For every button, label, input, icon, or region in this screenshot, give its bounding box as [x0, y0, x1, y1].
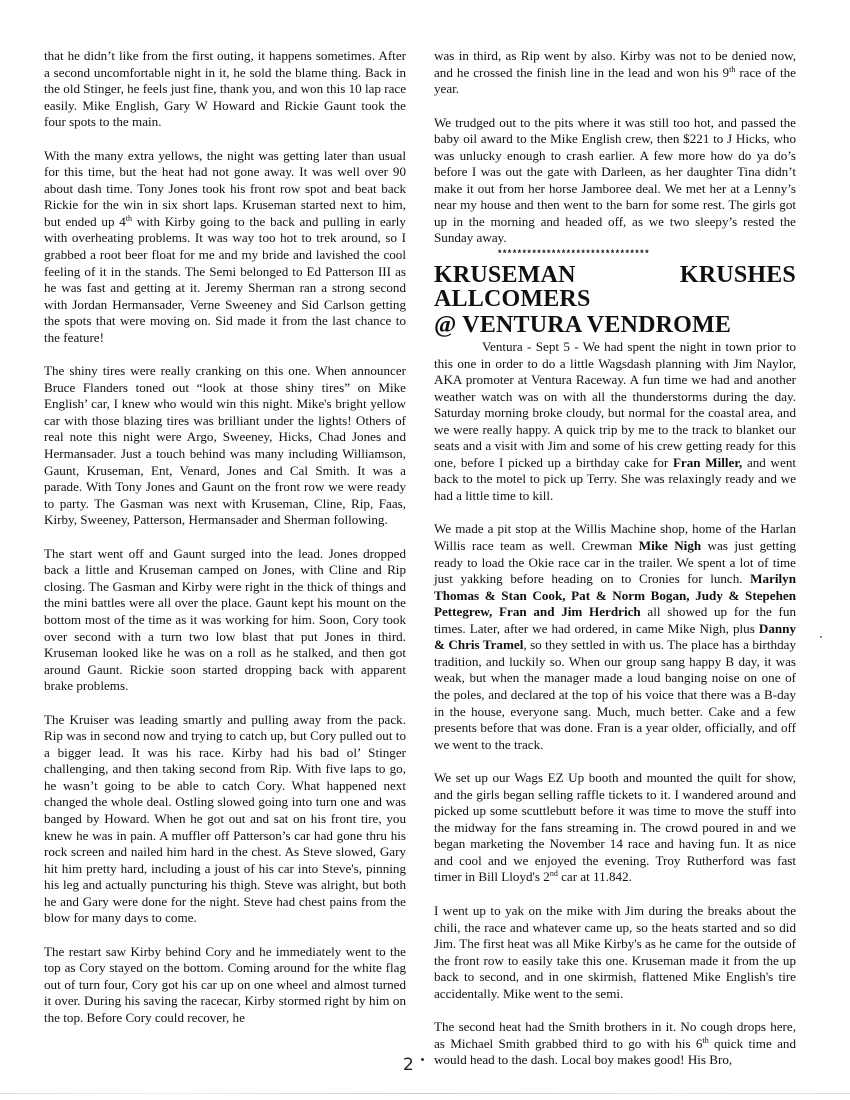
- paragraph-restart: The restart saw Kirby behind Cory and he…: [44, 944, 406, 1027]
- paragraph-dash-and-semi: With the many extra yellows, the night w…: [44, 148, 406, 347]
- paragraph-wags-booth: We set up our Wags EZ Up booth and mount…: [434, 770, 796, 886]
- paragraph-kruiser-leading: The Kruiser was leading smartly and pull…: [44, 712, 406, 927]
- paragraph-willis-machine: We made a pit stop at the Willis Machine…: [434, 521, 796, 753]
- article-headline-line2: @ VENTURA VENDROME: [434, 313, 796, 337]
- scan-speck: [421, 1058, 424, 1061]
- right-column: was in third, as Rip went by also. Kirby…: [434, 48, 796, 1069]
- paragraph-kirby-win: was in third, as Rip went by also. Kirby…: [434, 48, 796, 98]
- paragraph-ventura-dateline: Ventura - Sept 5 - We had spent the nigh…: [434, 339, 796, 504]
- paragraph-first-heat: I went up to yak on the mike with Jim du…: [434, 903, 796, 1002]
- paragraph-shiny-tires: The shiny tires were really cranking on …: [44, 363, 406, 528]
- scan-edge-line: [0, 1093, 850, 1094]
- newsletter-page: that he didn’t like from the first outin…: [0, 0, 850, 1100]
- article-headline-line1: KRUSEMAN KRUSHES ALLCOMERS: [434, 263, 796, 311]
- page-number: 2: [403, 1055, 414, 1075]
- paragraph-race-start: The start went off and Gaunt surged into…: [44, 546, 406, 695]
- scan-speck: [820, 636, 822, 638]
- paragraph-pits-award: We trudged out to the pits where it was …: [434, 115, 796, 247]
- left-column: that he didn’t like from the first outin…: [44, 48, 406, 1027]
- paragraph-second-heat: The second heat had the Smith brothers i…: [434, 1019, 796, 1069]
- paragraph-continued-race: that he didn’t like from the first outin…: [44, 48, 406, 131]
- section-separator: *******************************: [434, 247, 796, 259]
- bold-name: Mike Nigh: [639, 538, 701, 553]
- bold-name: Fran Miller,: [673, 455, 742, 470]
